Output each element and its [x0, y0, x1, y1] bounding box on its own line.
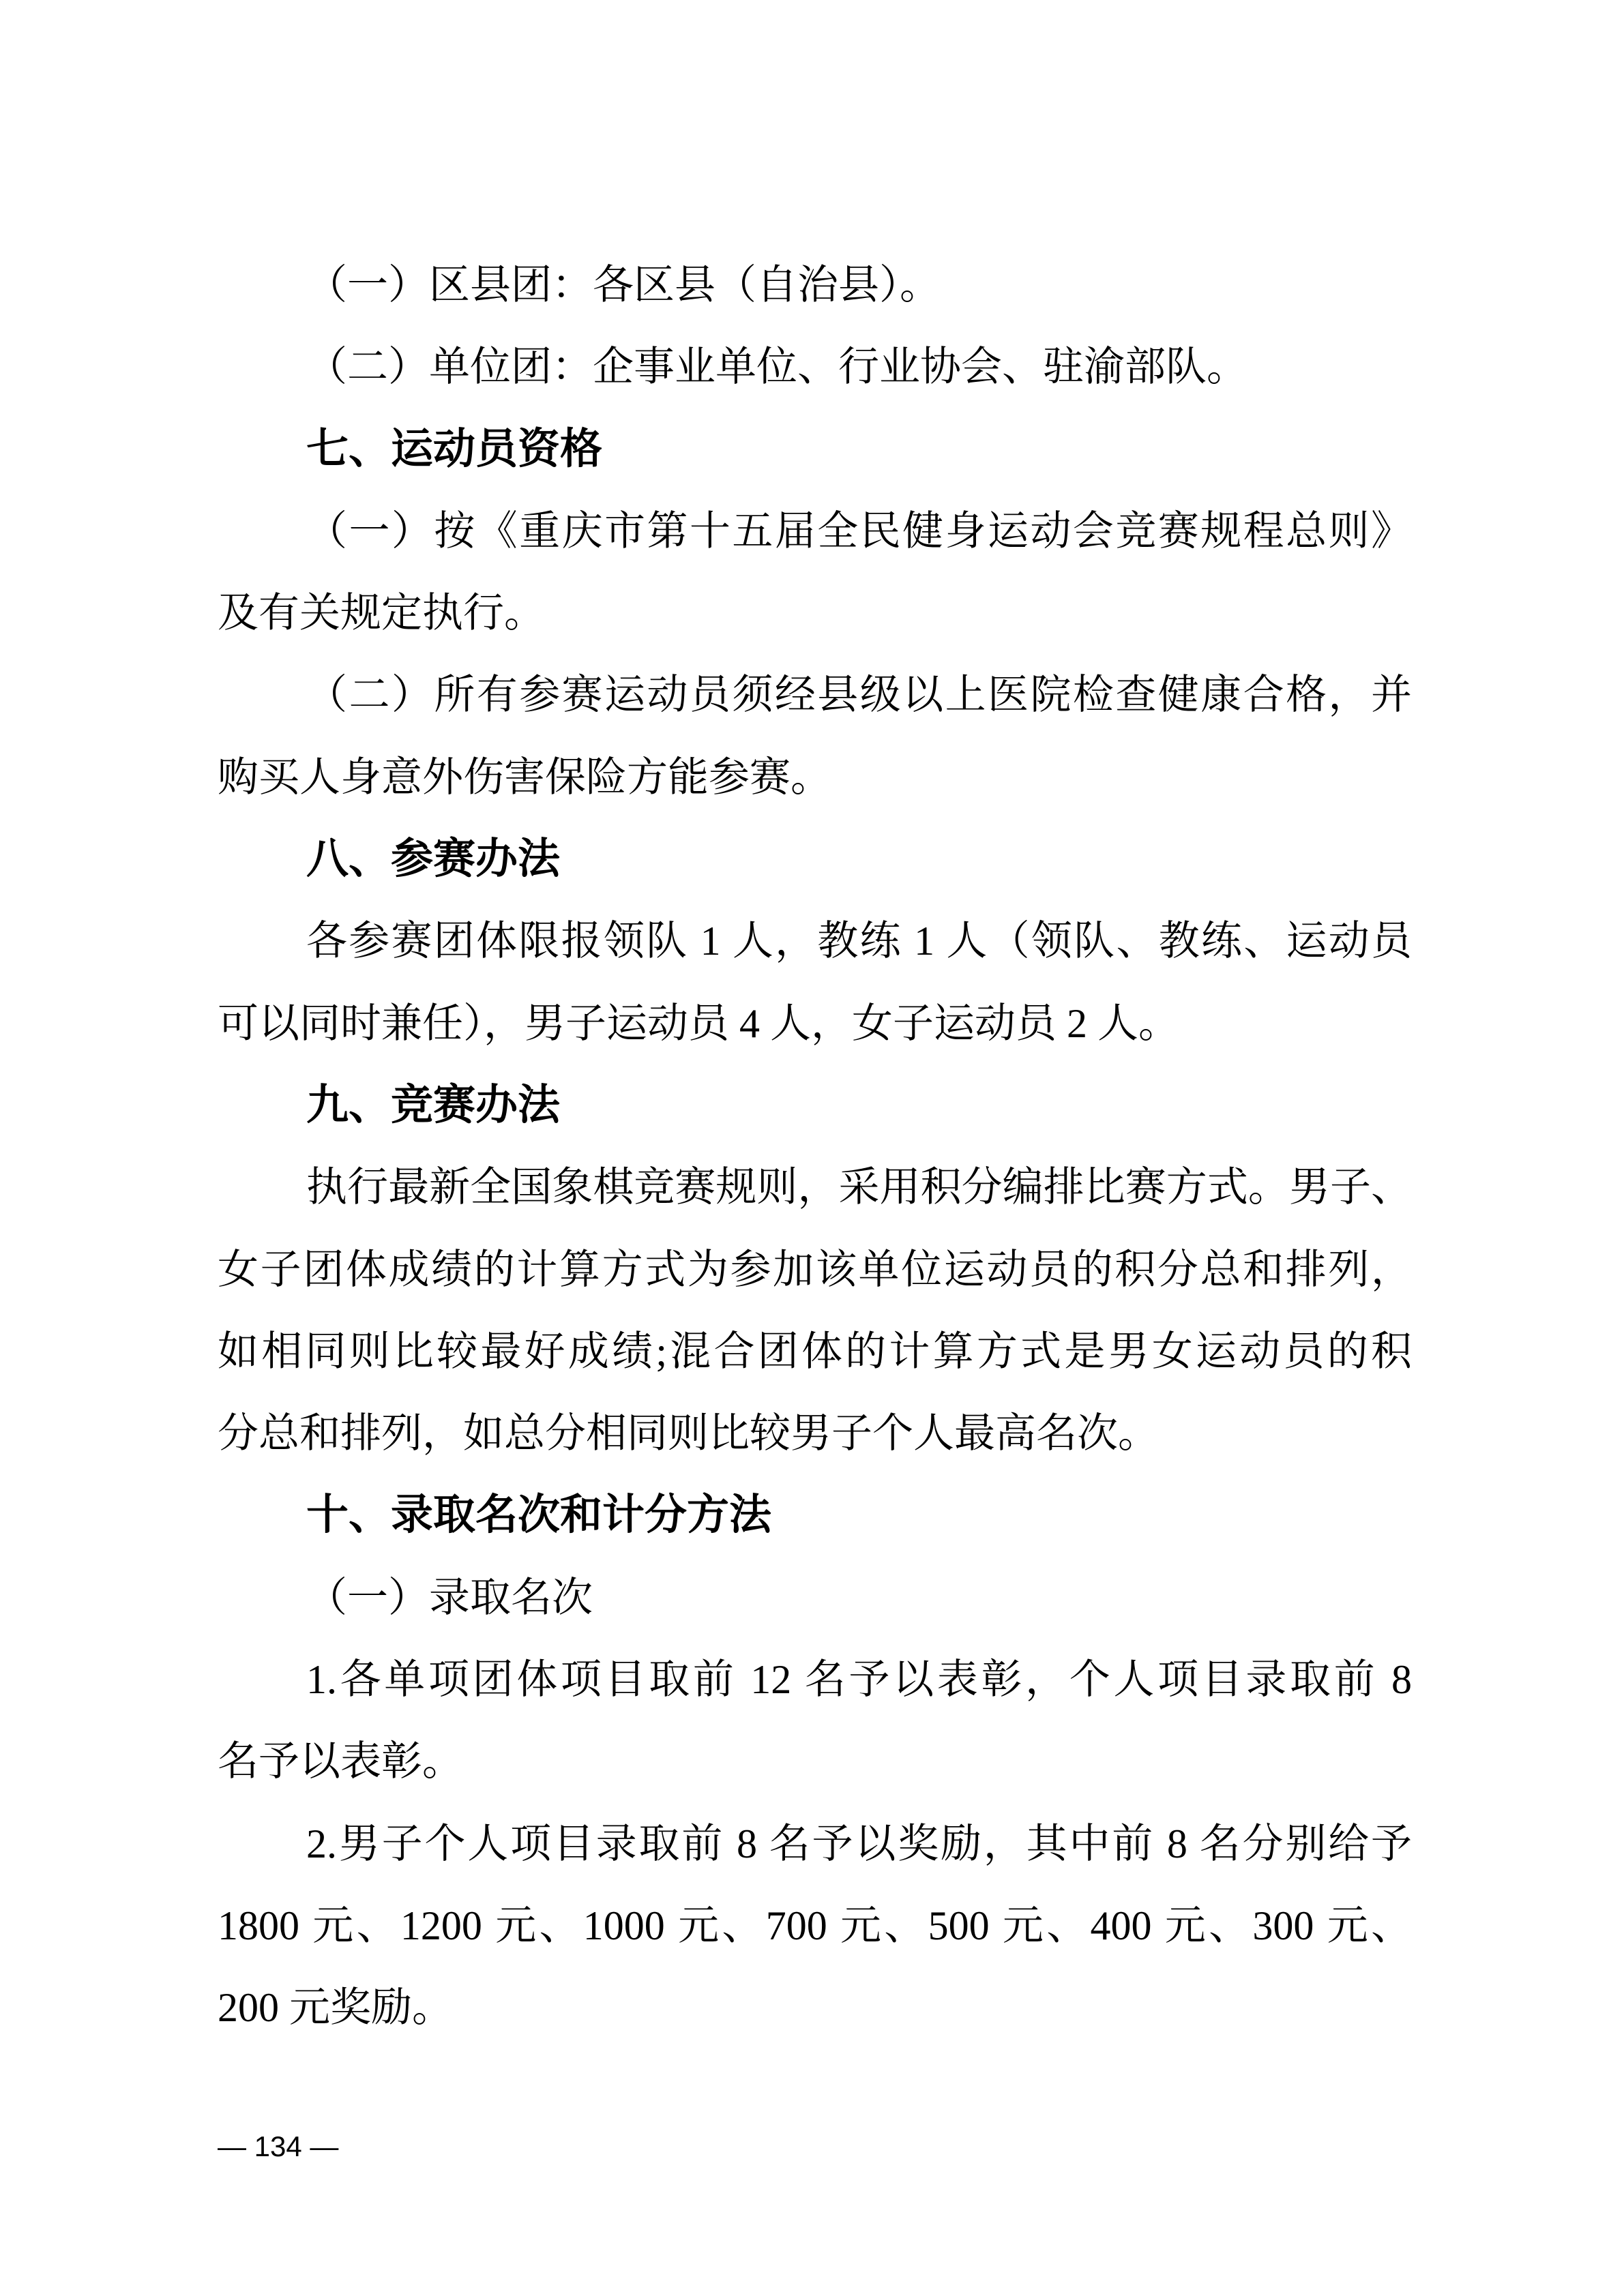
- text-line: 如相同则比较最好成绩;混合团体的计算方式是男女运动员的积: [218, 1311, 1412, 1392]
- text-line: （一）区县团：各区县（自治县）。: [218, 244, 1412, 326]
- text-line: （二）单位团：企事业单位、行业协会、驻渝部队。: [218, 326, 1412, 408]
- text-line: 及有关规定执行。: [218, 572, 1412, 654]
- text-line: 女子团体成绩的计算方式为参加该单位运动员的积分总和排列，: [218, 1229, 1412, 1311]
- text-line: 1800 元、1200 元、1000 元、700 元、500 元、400 元、3…: [218, 1885, 1412, 1967]
- text-line: 名予以表彰。: [218, 1720, 1412, 1802]
- text-line: 可以同时兼任），男子运动员 4 人，女子运动员 2 人。: [218, 983, 1412, 1064]
- text-line: 200 元奖励。: [218, 1967, 1412, 2048]
- text-line: 分总和排列，如总分相同则比较男子个人最高名次。: [218, 1392, 1412, 1474]
- text-line: 购买人身意外伤害保险方能参赛。: [218, 736, 1412, 818]
- text-line: 2.男子个人项目录取前 8 名予以奖励，其中前 8 名分别给予: [218, 1803, 1412, 1885]
- section-heading: 八、参赛办法: [218, 818, 1412, 900]
- text-line: 各参赛团体限报领队 1 人，教练 1 人（领队、教练、运动员: [218, 900, 1412, 982]
- text-line: （二）所有参赛运动员须经县级以上医院检查健康合格，并: [218, 654, 1412, 736]
- page-number: — 134 —: [218, 2126, 338, 2167]
- document-body: （一）区县团：各区县（自治县）。（二）单位团：企事业单位、行业协会、驻渝部队。七…: [218, 244, 1412, 2049]
- section-heading: 七、运动员资格: [218, 408, 1412, 490]
- text-line: 执行最新全国象棋竞赛规则，采用积分编排比赛方式。男子、: [218, 1146, 1412, 1228]
- text-line: （一）录取名次: [218, 1557, 1412, 1639]
- text-line: 1.各单项团体项目取前 12 名予以表彰，个人项目录取前 8: [218, 1639, 1412, 1720]
- document-page: （一）区县团：各区县（自治县）。（二）单位团：企事业单位、行业协会、驻渝部队。七…: [0, 0, 1624, 2296]
- text-line: （一）按《重庆市第十五届全民健身运动会竞赛规程总则》: [218, 490, 1412, 572]
- section-heading: 十、录取名次和计分方法: [218, 1474, 1412, 1556]
- section-heading: 九、竞赛办法: [218, 1064, 1412, 1146]
